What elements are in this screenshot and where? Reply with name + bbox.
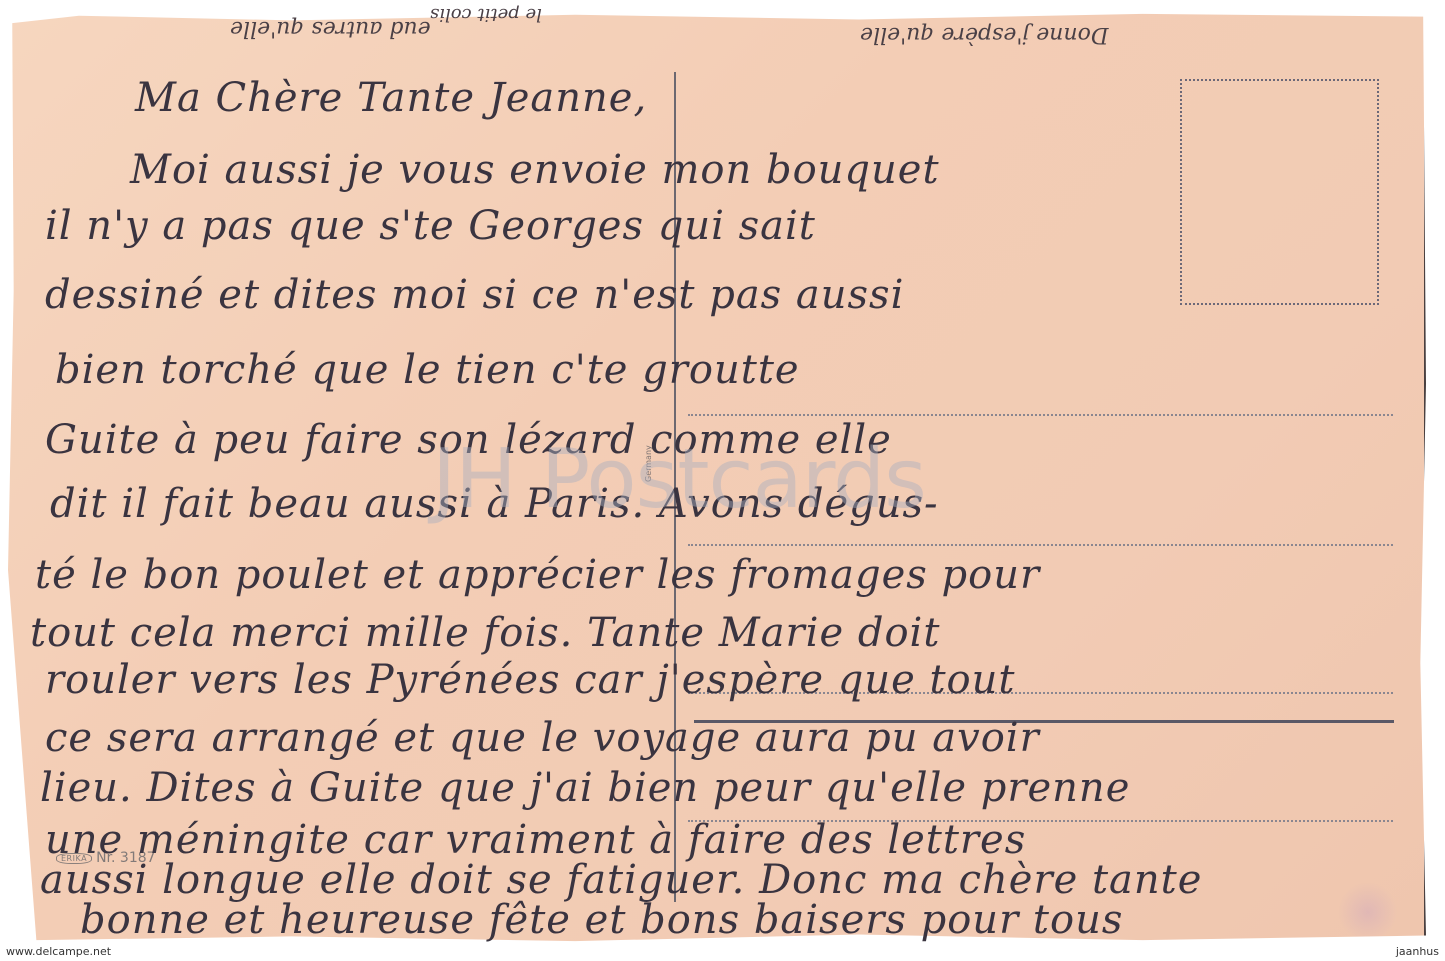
- watermark: JH Postcards: [432, 432, 926, 527]
- upside-down-note-1: eud autres qu'elle: [230, 16, 431, 41]
- letter-line: bonne et heureuse fête et bons baisers p…: [80, 900, 1123, 940]
- footer-user: jaanhus: [1396, 945, 1439, 958]
- upside-down-note-3: le petit colis: [430, 4, 542, 25]
- letter-line: il n'y a pas que s'te Georges qui sait: [45, 206, 816, 246]
- letter-line: dessiné et dites moi si ce n'est pas aus…: [45, 275, 904, 315]
- address-line-1: [688, 414, 1393, 416]
- letter-line: rouler vers les Pyrénées car j'espère qu…: [45, 660, 1015, 700]
- ink-stain: [1338, 882, 1398, 942]
- letter-line: bien torché que le tien c'te groutte: [55, 350, 800, 390]
- letter-line: aussi longue elle doit se fatiguer. Donc…: [40, 860, 1202, 900]
- footer-site: www.delcampe.net: [6, 945, 111, 958]
- letter-line: Moi aussi je vous envoie mon bouquet: [130, 150, 940, 190]
- letter-line: une méningite car vraiment à faire des l…: [45, 820, 1026, 860]
- letter-line: té le bon poulet et apprécier les fromag…: [35, 555, 1040, 595]
- address-line-2: [688, 544, 1393, 546]
- letter-line: lieu. Dites à Guite que j'ai bien peur q…: [40, 768, 1130, 808]
- letter-line: tout cela merci mille fois. Tante Marie …: [30, 613, 940, 653]
- upside-down-note-2: Donne j'espère qu'elle: [860, 22, 1108, 47]
- letter-line: ce sera arrangé et que le voyage aura pu…: [45, 718, 1040, 758]
- greeting: Ma Chère Tante Jeanne,: [135, 78, 647, 118]
- stamp-box: [1180, 79, 1379, 305]
